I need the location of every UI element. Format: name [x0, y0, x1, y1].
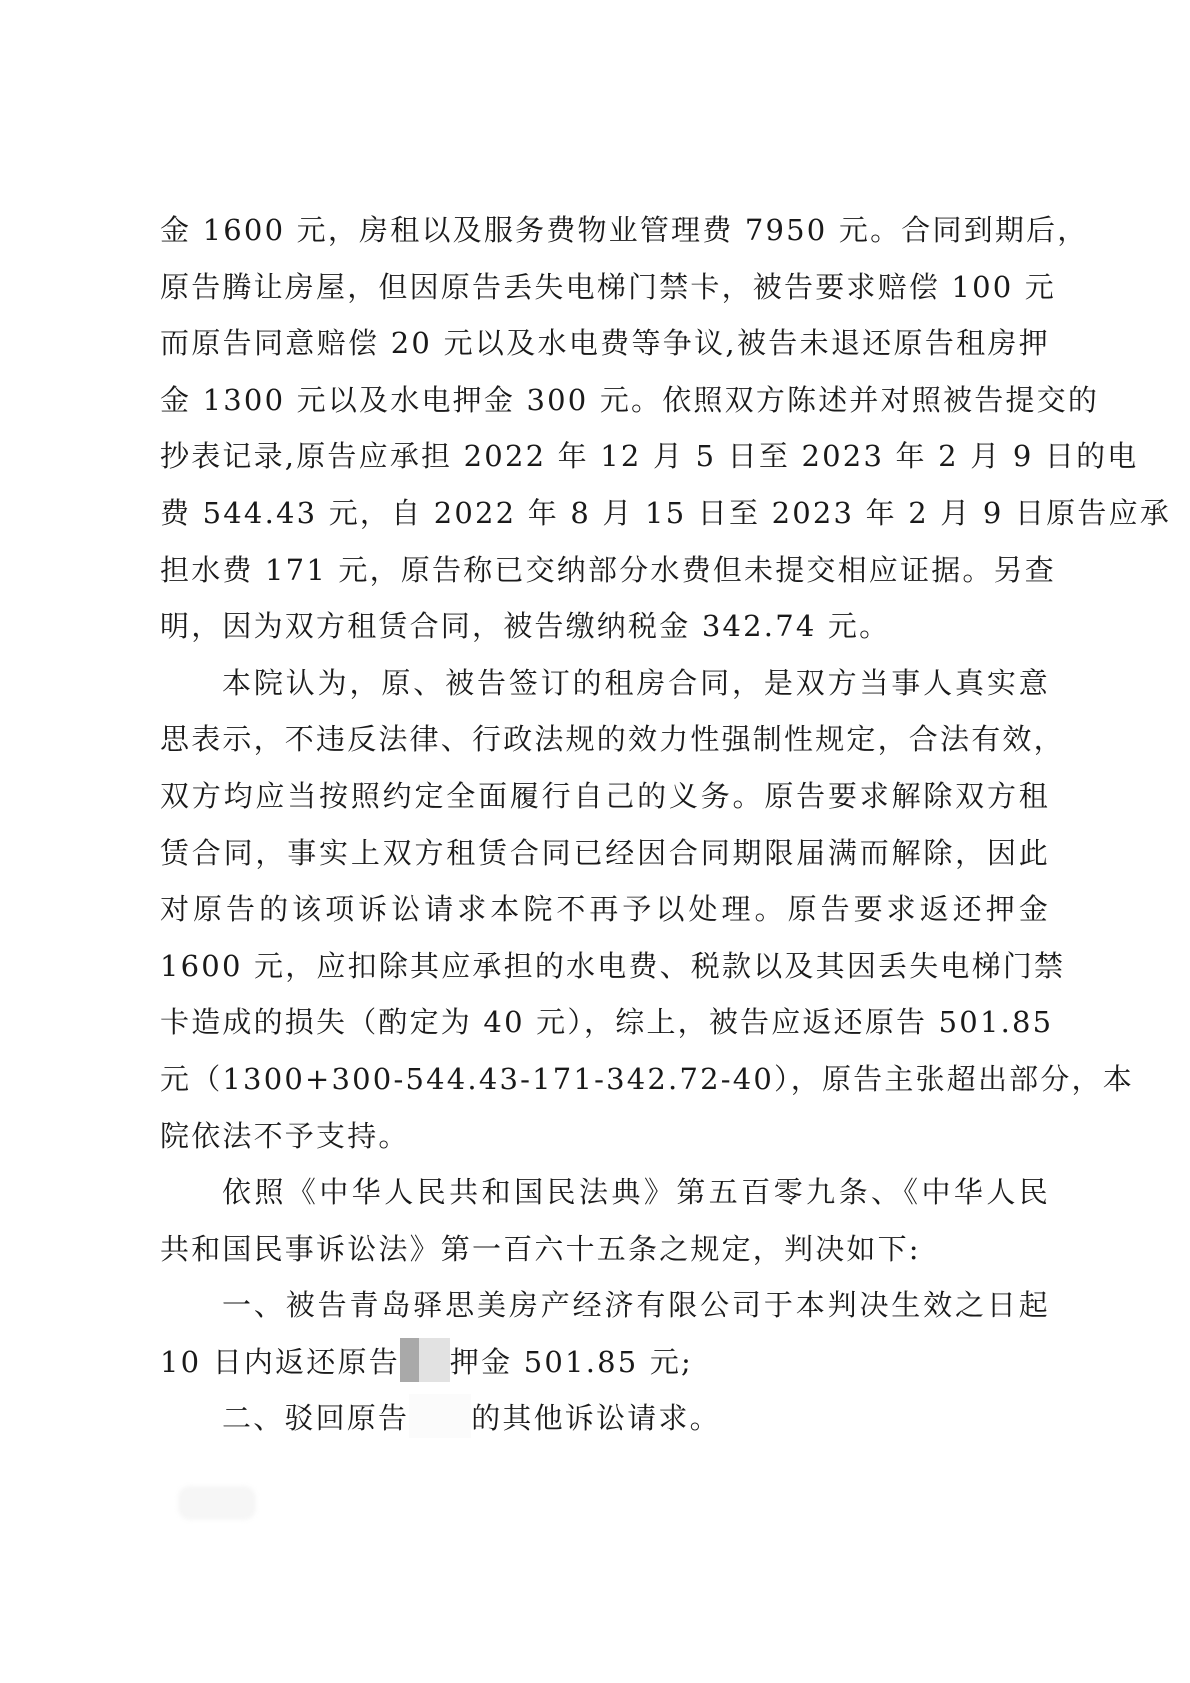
paragraph-facts-continued: 金 1600 元，房租以及服务费物业管理费 7950 元。合同到期后，原告腾让房…	[160, 202, 1050, 655]
redacted-name-block	[400, 1338, 450, 1382]
paragraph-court-opinion: 本院认为，原、被告签订的租房合同，是双方当事人真实意思表示，不违反法律、行政法规…	[160, 655, 1050, 1164]
text-line: 金 1600 元，房租以及服务费物业管理费 7950 元。合同到期后，	[160, 202, 1050, 259]
text-line: 而原告同意赔偿 20 元以及水电费等争议,被告未退还原告租房押	[160, 315, 1050, 372]
text-line: 明，因为双方租赁合同，被告缴纳税金 342.74 元。	[160, 598, 1050, 655]
judgment-item-1-line-1: 一、被告青岛驿思美房产经济有限公司于本判决生效之日起	[160, 1277, 1050, 1334]
judgment-item-1-line-2: 10 日内返还原告押金 501.85 元;	[160, 1334, 1050, 1391]
text-line: 抄表记录,原告应承担 2022 年 12 月 5 日至 2023 年 2 月 9…	[160, 428, 1050, 485]
text-line: 依照《中华人民共和国民法典》第五百零九条、《中华人民	[160, 1164, 1050, 1221]
text-line: 本院认为，原、被告签订的租房合同，是双方当事人真实意	[160, 655, 1050, 712]
text-line: 担水费 171 元，原告称已交纳部分水费但未提交相应证据。另查	[160, 542, 1050, 599]
text-line: 院依法不予支持。	[160, 1108, 1050, 1165]
judgment-document-page: 金 1600 元，房租以及服务费物业管理费 7950 元。合同到期后，原告腾让房…	[160, 202, 1050, 1447]
text-line: 原告腾让房屋，但因原告丢失电梯门禁卡，被告要求赔偿 100 元	[160, 259, 1050, 316]
judgment-item-2-text-before: 二、驳回原告	[222, 1401, 409, 1435]
judgment-item-2-text-after: 的其他诉讼请求。	[471, 1401, 721, 1435]
text-line: 思表示，不违反法律、行政法规的效力性强制性规定，合法有效，	[160, 711, 1050, 768]
paragraph-legal-basis: 依照《中华人民共和国民法典》第五百零九条、《中华人民共和国民事诉讼法》第一百六十…	[160, 1164, 1050, 1277]
judgment-item-2: 二、驳回原告的其他诉讼请求。	[160, 1390, 1050, 1447]
document-body: 金 1600 元，房租以及服务费物业管理费 7950 元。合同到期后，原告腾让房…	[160, 202, 1050, 1277]
text-line: 卡造成的损失（酌定为 40 元），综上，被告应返还原告 501.85	[160, 994, 1050, 1051]
text-line: 金 1300 元以及水电押金 300 元。依照双方陈述并对照被告提交的	[160, 372, 1050, 429]
judgment-item-1: 一、被告青岛驿思美房产经济有限公司于本判决生效之日起 10 日内返还原告押金 5…	[160, 1277, 1050, 1390]
judgment-item-1-text-after: 押金 501.85 元;	[450, 1345, 693, 1379]
judgment-item-1-text-before: 10 日内返还原告	[160, 1345, 400, 1379]
redacted-stamp-smudge	[178, 1486, 256, 1520]
text-line: 对原告的该项诉讼请求本院不再予以处理。原告要求返还押金	[160, 881, 1050, 938]
text-line: 赁合同，事实上双方租赁合同已经因合同期限届满而解除，因此	[160, 825, 1050, 882]
text-line: 1600 元，应扣除其应承担的水电费、税款以及其因丢失电梯门禁	[160, 938, 1050, 995]
text-line: 元（1300+300-544.43-171-342.72-40），原告主张超出部…	[160, 1051, 1050, 1108]
redacted-name-block	[409, 1394, 471, 1438]
text-line: 双方均应当按照约定全面履行自己的义务。原告要求解除双方租	[160, 768, 1050, 825]
text-line: 费 544.43 元，自 2022 年 8 月 15 日至 2023 年 2 月…	[160, 485, 1050, 542]
text-line: 共和国民事诉讼法》第一百六十五条之规定，判决如下:	[160, 1221, 1050, 1278]
judgment-item-2-line: 二、驳回原告的其他诉讼请求。	[160, 1390, 1050, 1447]
